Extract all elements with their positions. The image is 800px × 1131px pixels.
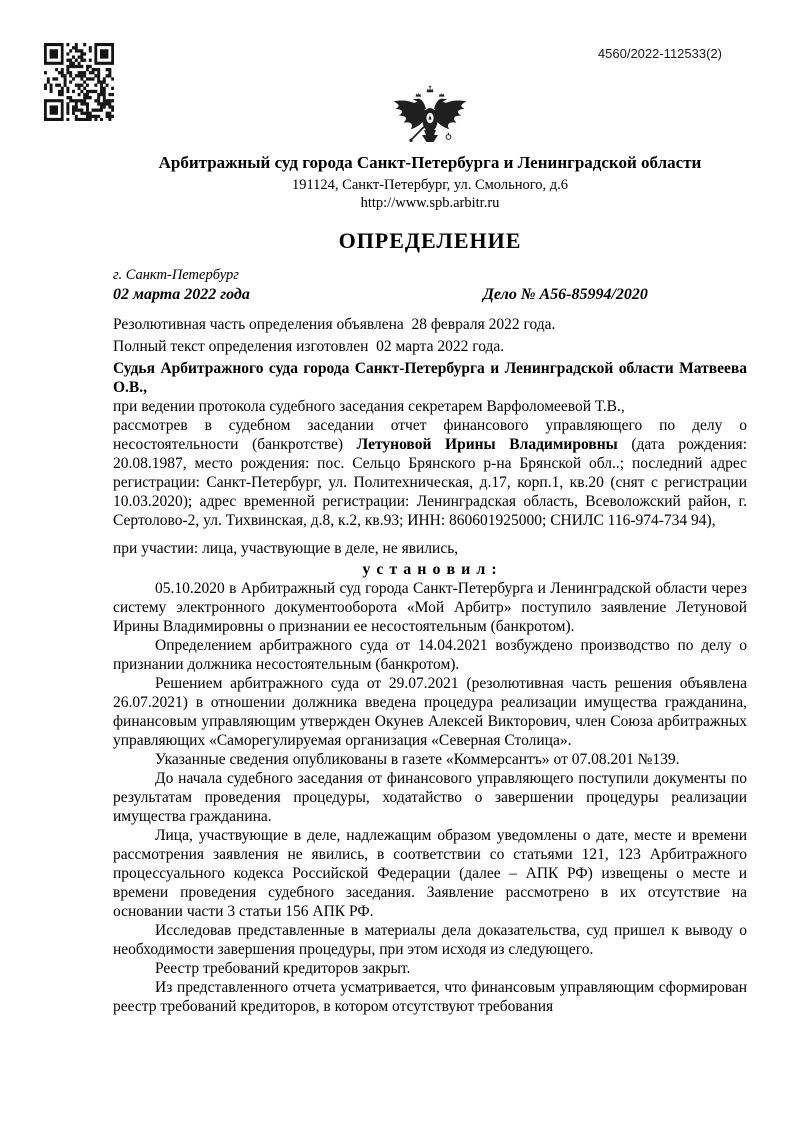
date-case-row: 02 марта 2022 года Дело № А56-85994/2020 bbox=[113, 285, 747, 305]
double-headed-eagle-icon bbox=[388, 84, 472, 148]
court-address: 191124, Санкт-Петербург, ул. Смольного, … bbox=[113, 176, 747, 194]
body-paragraph: Определением арбитражного суда от 14.04.… bbox=[113, 636, 747, 674]
case-number: Дело № А56-85994/2020 bbox=[483, 285, 648, 305]
body-paragraph: Решением арбитражного суда от 29.07.2021… bbox=[113, 674, 747, 750]
place-line: г. Санкт-Петербург bbox=[113, 267, 747, 284]
participation-line: при участии: лица, участвующие в деле, н… bbox=[113, 539, 747, 558]
secretary-line: при ведении протокола судебного заседани… bbox=[113, 397, 747, 416]
qr-code-icon bbox=[44, 43, 114, 121]
full-text-line: Полный текст определения изготовлен 02 м… bbox=[113, 337, 747, 356]
body-paragraph: Реестр требований кредиторов закрыт. bbox=[113, 959, 747, 978]
document-content: Арбитражный суд города Санкт-Петербурга … bbox=[113, 0, 747, 1016]
body-paragraph: Лица, участвующие в деле, надлежащим обр… bbox=[113, 826, 747, 921]
resolutive-part-line: Резолютивная часть определения объявлена… bbox=[113, 315, 747, 334]
body-paragraph: Из представленного отчета усматривается,… bbox=[113, 978, 747, 1016]
court-website-url: http://www.spb.arbitr.ru bbox=[113, 194, 747, 212]
body-paragraph: 05.10.2020 в Арбитражный суд города Санк… bbox=[113, 579, 747, 636]
debtor-name: Летуновой Ирины Владимировны bbox=[357, 436, 618, 453]
russia-coat-of-arms-icon bbox=[113, 84, 747, 148]
court-ruling-page: 4560/2022-112533(2) bbox=[0, 0, 800, 1131]
document-title: ОПРЕДЕЛЕНИЕ bbox=[113, 228, 747, 254]
case-description-paragraph: рассмотрев в судебном заседании отчет фи… bbox=[113, 416, 747, 530]
qr-code-svg bbox=[44, 43, 114, 121]
body-paragraph: До начала судебного заседания от финансо… bbox=[113, 769, 747, 826]
body-paragraph: Указанные сведения опубликованы в газете… bbox=[113, 750, 747, 769]
ustanovil-heading: у с т а н о в и л : bbox=[113, 560, 747, 579]
body-paragraph: Исследовав представленные в материалы де… bbox=[113, 921, 747, 959]
ruling-date: 02 марта 2022 года bbox=[113, 286, 250, 303]
court-name: Арбитражный суд города Санкт-Петербурга … bbox=[113, 153, 747, 173]
judge-line: Судья Арбитражного суда города Санкт-Пет… bbox=[113, 359, 747, 397]
